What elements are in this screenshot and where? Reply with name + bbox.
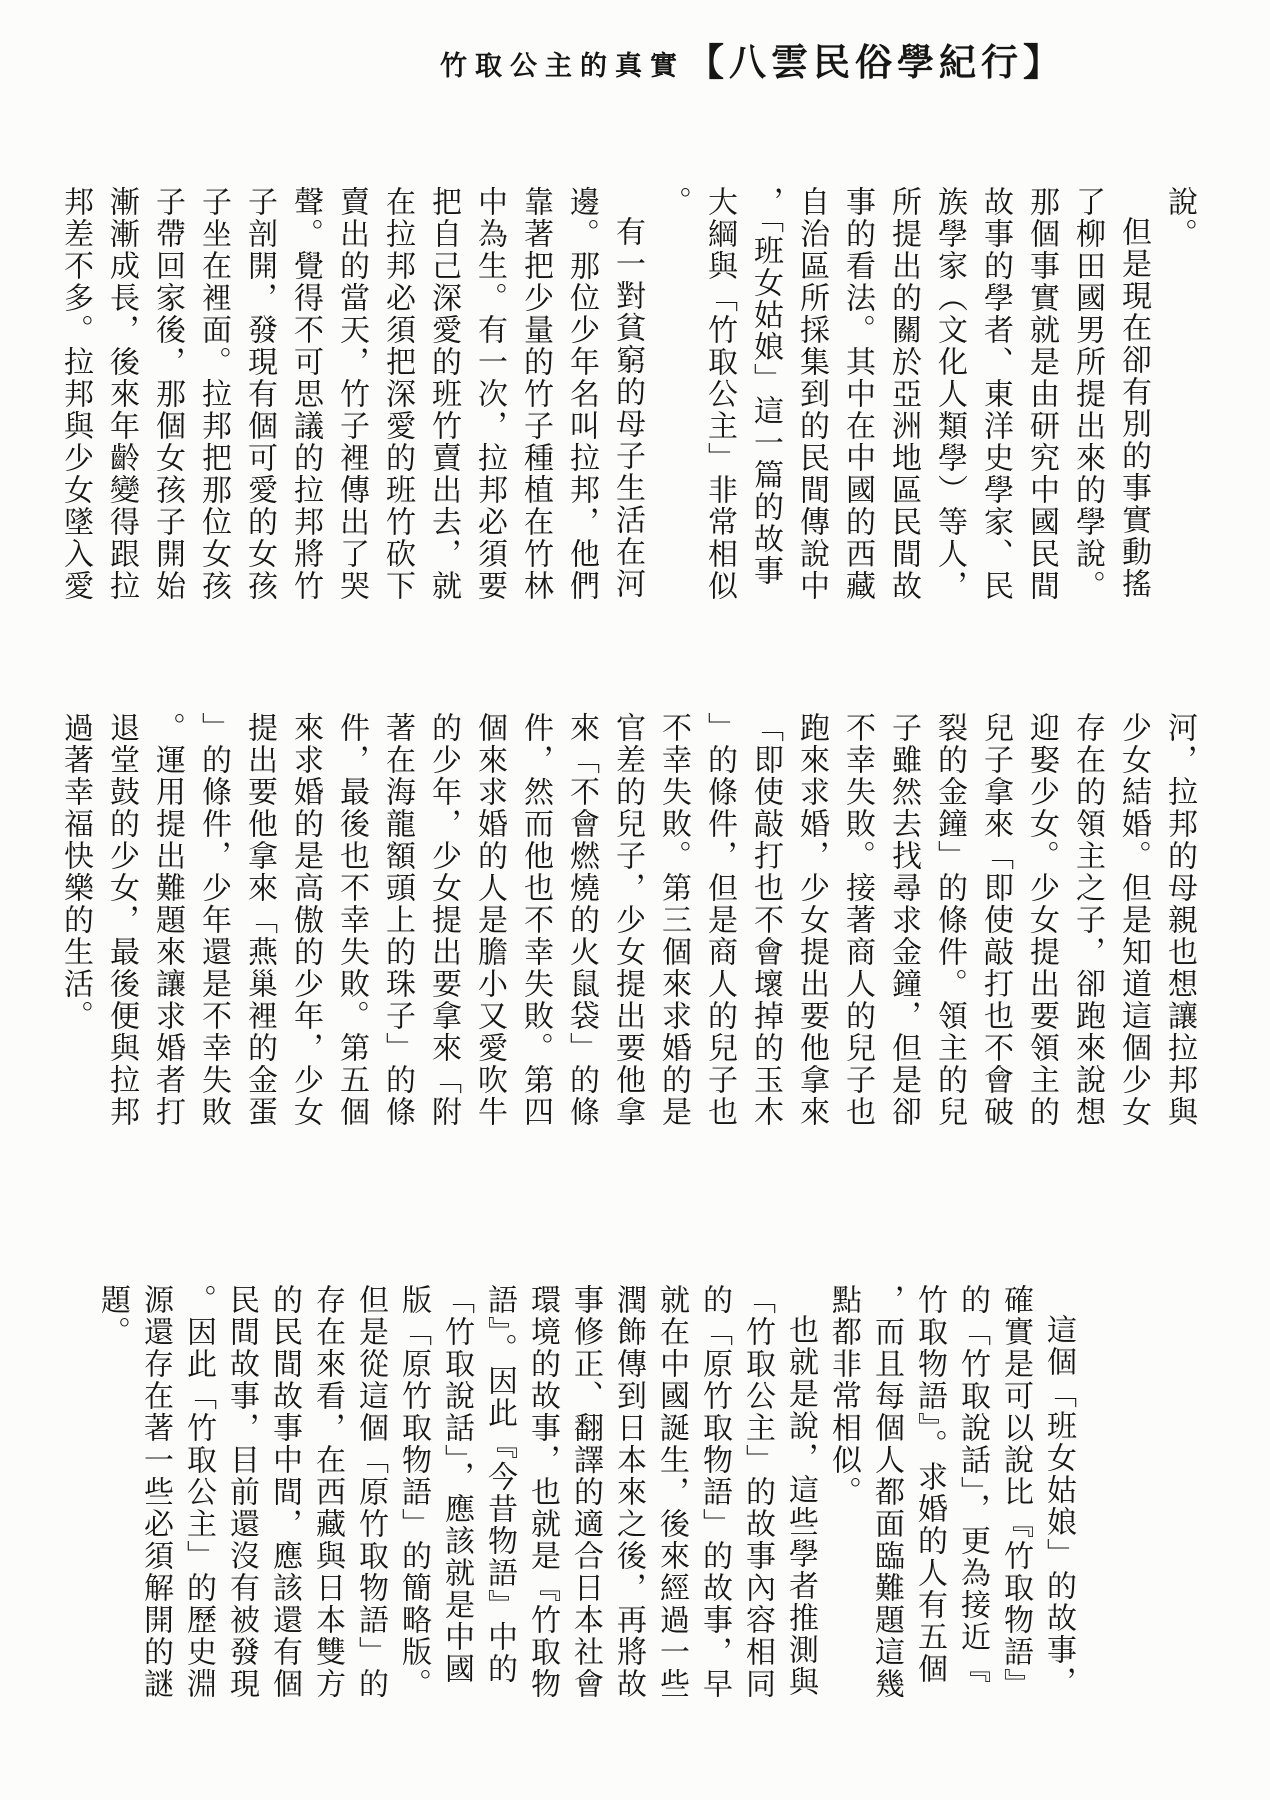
vertical-text-band-top: 說。 但是現在卻有別的事實動搖了柳田國男所提出來的學說。那個事實就是由研究中國民…: [50, 186, 1202, 605]
vertical-text-band-bottom: 這個「班女姑娘」的故事，確實是可以說比『竹取物語』的「竹取說話」，更為接近『竹取…: [88, 1284, 1080, 1703]
page-header: 竹取公主的真實 【八雲民俗學紀行】: [440, 32, 1065, 86]
book-page: 竹取公主的真實 【八雲民俗學紀行】 說。 但是現在卻有別的事實動搖了柳田國男所提…: [0, 0, 1270, 1800]
paragraph: 這個「班女姑娘」的故事，確實是可以說比『竹取物語』的「竹取說話」，更為接近『竹取…: [822, 1284, 1080, 1703]
paragraph: 有一對貧窮的母子生活在河邊。那位少年名叫拉邦，他們靠著把少量的竹子種植在竹林中為…: [52, 186, 650, 605]
book-title: 【八雲民俗學紀行】: [687, 32, 1065, 86]
section-title: 竹取公主的真實: [440, 44, 685, 83]
paragraph: 但是現在卻有別的事實動搖了柳田國男所提出來的學說。那個事實就是由研究中國民間故事…: [650, 186, 1156, 605]
paragraph-end-fragment: 說。: [1156, 186, 1202, 605]
paragraph-continuation: 河，拉邦的母親也想讓拉邦與少女結婚。但是知道這個少女存在的領主之子，卻跑來說想迎…: [52, 712, 1202, 1131]
paragraph: 也就是說，這些學者推測與「竹取公主」的故事內容相同的「原竹取物語」的故事，早就在…: [91, 1284, 822, 1703]
vertical-text-band-middle: 河，拉邦的母親也想讓拉邦與少女結婚。但是知道這個少女存在的領主之子，卻跑來說想迎…: [50, 712, 1202, 1131]
